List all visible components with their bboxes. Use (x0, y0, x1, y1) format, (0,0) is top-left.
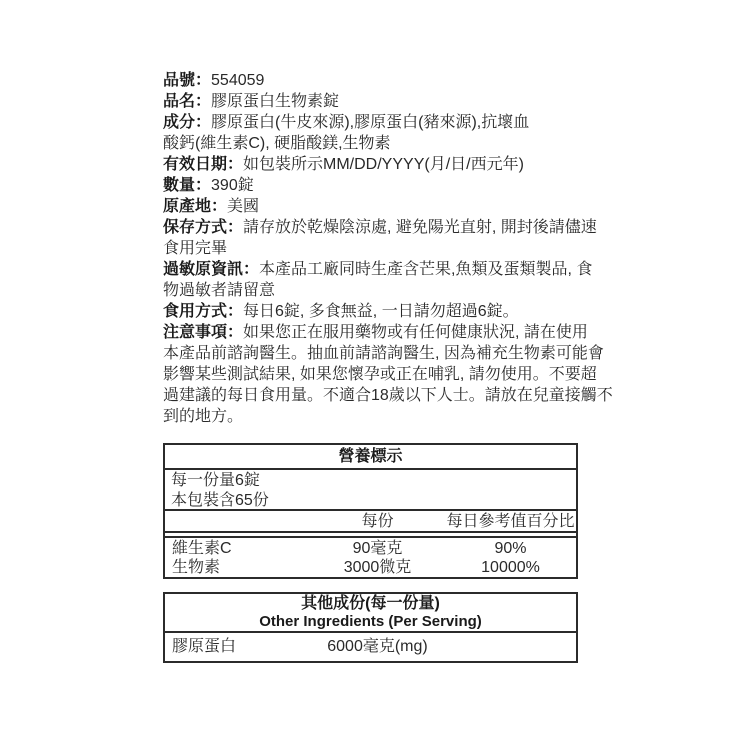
field-allergen-info-label: 過敏原資訊： (163, 261, 259, 278)
other-ingredients-header: 其他成份(每一份量) Other Ingredients (Per Servin… (165, 594, 576, 633)
col-header-per-serving: 每份 (310, 512, 445, 531)
other-ingredients-table: 其他成份(每一份量) Other Ingredients (Per Servin… (163, 592, 578, 663)
field-expiry-date: 有效日期：如包裝所示MM/DD/YYYY(月/日/西元年) (163, 154, 583, 175)
other-ingredients-title-zh: 其他成份(每一份量) (165, 595, 576, 613)
field-usage-value: 每日6錠, 多食無益, 一日請勿超過6錠。 (243, 303, 519, 320)
field-precautions: 注意事項：如果您正在服用藥物或有任何健康狀況, 請在使用 本產品前諮詢醫生。抽血… (163, 322, 583, 427)
field-storage: 保存方式：請存放於乾燥陰涼處, 避免陽光直射, 開封後請儘速 食用完畢 (163, 217, 583, 259)
nutrition-rows: 維生素C 90毫克 90% 生物素 3000微克 10000% (165, 538, 576, 577)
col-header-blank (165, 512, 310, 531)
field-ingredients-label: 成分： (163, 114, 211, 131)
field-quantity-value: 390錠 (211, 177, 254, 194)
field-usage-label: 食用方式： (163, 303, 243, 320)
field-product-name: 品名：膠原蛋白生物素錠 (163, 91, 583, 112)
other-ingredients-title-en: Other Ingredients (Per Serving) (165, 613, 576, 630)
field-product-name-label: 品名： (163, 93, 211, 110)
field-product-name-value: 膠原蛋白生物素錠 (211, 93, 339, 110)
field-origin: 原產地：美國 (163, 196, 583, 217)
product-info-section: 品號：554059 品名：膠原蛋白生物素錠 成分：膠原蛋白(牛皮來源),膠原蛋白… (163, 70, 583, 427)
ingredient-name: 膠原蛋白 (165, 637, 310, 656)
field-ingredients: 成分：膠原蛋白(牛皮來源),膠原蛋白(豬來源),抗壞血 酸鈣(維生素C), 硬脂… (163, 112, 583, 154)
product-label-page: 品號：554059 品名：膠原蛋白生物素錠 成分：膠原蛋白(牛皮來源),膠原蛋白… (0, 0, 740, 740)
field-item-sku-label: 品號： (163, 72, 211, 89)
nutrition-row-vitamin-c: 維生素C 90毫克 90% (165, 539, 576, 558)
nutrition-column-headers: 每份 每日參考值百分比 (165, 511, 576, 531)
ingredient-amount: 6000毫克(mg) (310, 637, 445, 656)
field-expiry-date-label: 有效日期： (163, 156, 243, 173)
field-precautions-label: 注意事項： (163, 324, 243, 341)
nutrient-amount: 90毫克 (310, 539, 445, 558)
nutrient-name: 維生素C (165, 539, 310, 558)
other-ingredient-row-collagen: 膠原蛋白 6000毫克(mg) (165, 633, 576, 661)
field-origin-value: 美國 (227, 198, 259, 215)
field-item-sku-value: 554059 (211, 72, 264, 89)
field-quantity: 數量：390錠 (163, 175, 583, 196)
field-ingredients-value: 膠原蛋白(牛皮來源),膠原蛋白(豬來源),抗壞血 酸鈣(維生素C), 硬脂酸鎂,… (163, 114, 529, 152)
nutrient-daily-value: 90% (445, 539, 576, 558)
field-allergen-info: 過敏原資訊：本產品工廠同時生產含芒果,魚類及蛋類製品, 食 物過敏者請留意 (163, 259, 583, 301)
nutrition-table-title: 營養標示 (165, 445, 576, 470)
field-quantity-label: 數量： (163, 177, 211, 194)
ingredient-blank-cell (445, 637, 576, 656)
nutrient-name: 生物素 (165, 558, 310, 577)
col-header-daily-value: 每日參考值百分比 (445, 512, 576, 531)
field-expiry-date-value: 如包裝所示MM/DD/YYYY(月/日/西元年) (243, 156, 524, 173)
double-line-separator (165, 531, 576, 538)
field-storage-label: 保存方式： (163, 219, 243, 236)
nutrition-row-biotin: 生物素 3000微克 10000% (165, 558, 576, 577)
nutrient-amount: 3000微克 (310, 558, 445, 577)
nutrition-facts-table: 營養標示 每一份量6錠 本包裝含65份 每份 每日參考值百分比 維生素C 90毫… (163, 443, 578, 579)
nutrient-daily-value: 10000% (445, 558, 576, 577)
field-origin-label: 原產地： (163, 198, 227, 215)
serving-info: 每一份量6錠 本包裝含65份 (165, 470, 576, 511)
field-item-sku: 品號：554059 (163, 70, 583, 91)
field-usage: 食用方式：每日6錠, 多食無益, 一日請勿超過6錠。 (163, 301, 583, 322)
